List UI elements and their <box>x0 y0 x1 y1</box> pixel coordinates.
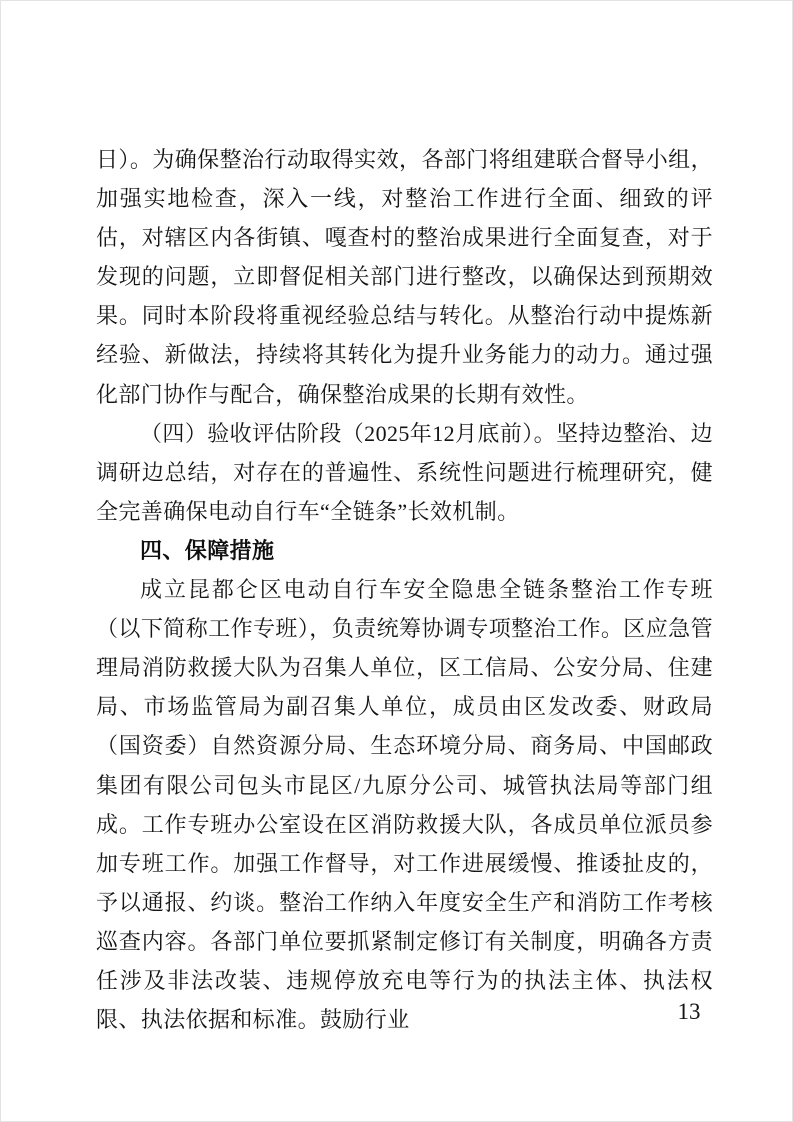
paragraph-stage-four: （四）验收评估阶段（2025年12月底前）。坚持边整治、边调研边总结，对存在的普… <box>96 414 713 531</box>
document-text-block: 日）。为确保整治行动取得实效，各部门将组建联合督导小组，加强实地检查，深入一线，… <box>96 140 713 1039</box>
page-number: 13 <box>669 999 709 1025</box>
paragraph-work-taskforce: 成立昆都仑区电动自行车安全隐患全链条整治工作专班（以下简称工作专班），负责统筹协… <box>96 570 713 1039</box>
paragraph-continuation: 日）。为确保整治行动取得实效，各部门将组建联合督导小组，加强实地检查，深入一线，… <box>96 140 713 414</box>
section-heading-safeguard-measures: 四、保障措施 <box>96 531 713 570</box>
document-page: 日）。为确保整治行动取得实效，各部门将组建联合督导小组，加强实地检查，深入一线，… <box>0 0 793 1122</box>
